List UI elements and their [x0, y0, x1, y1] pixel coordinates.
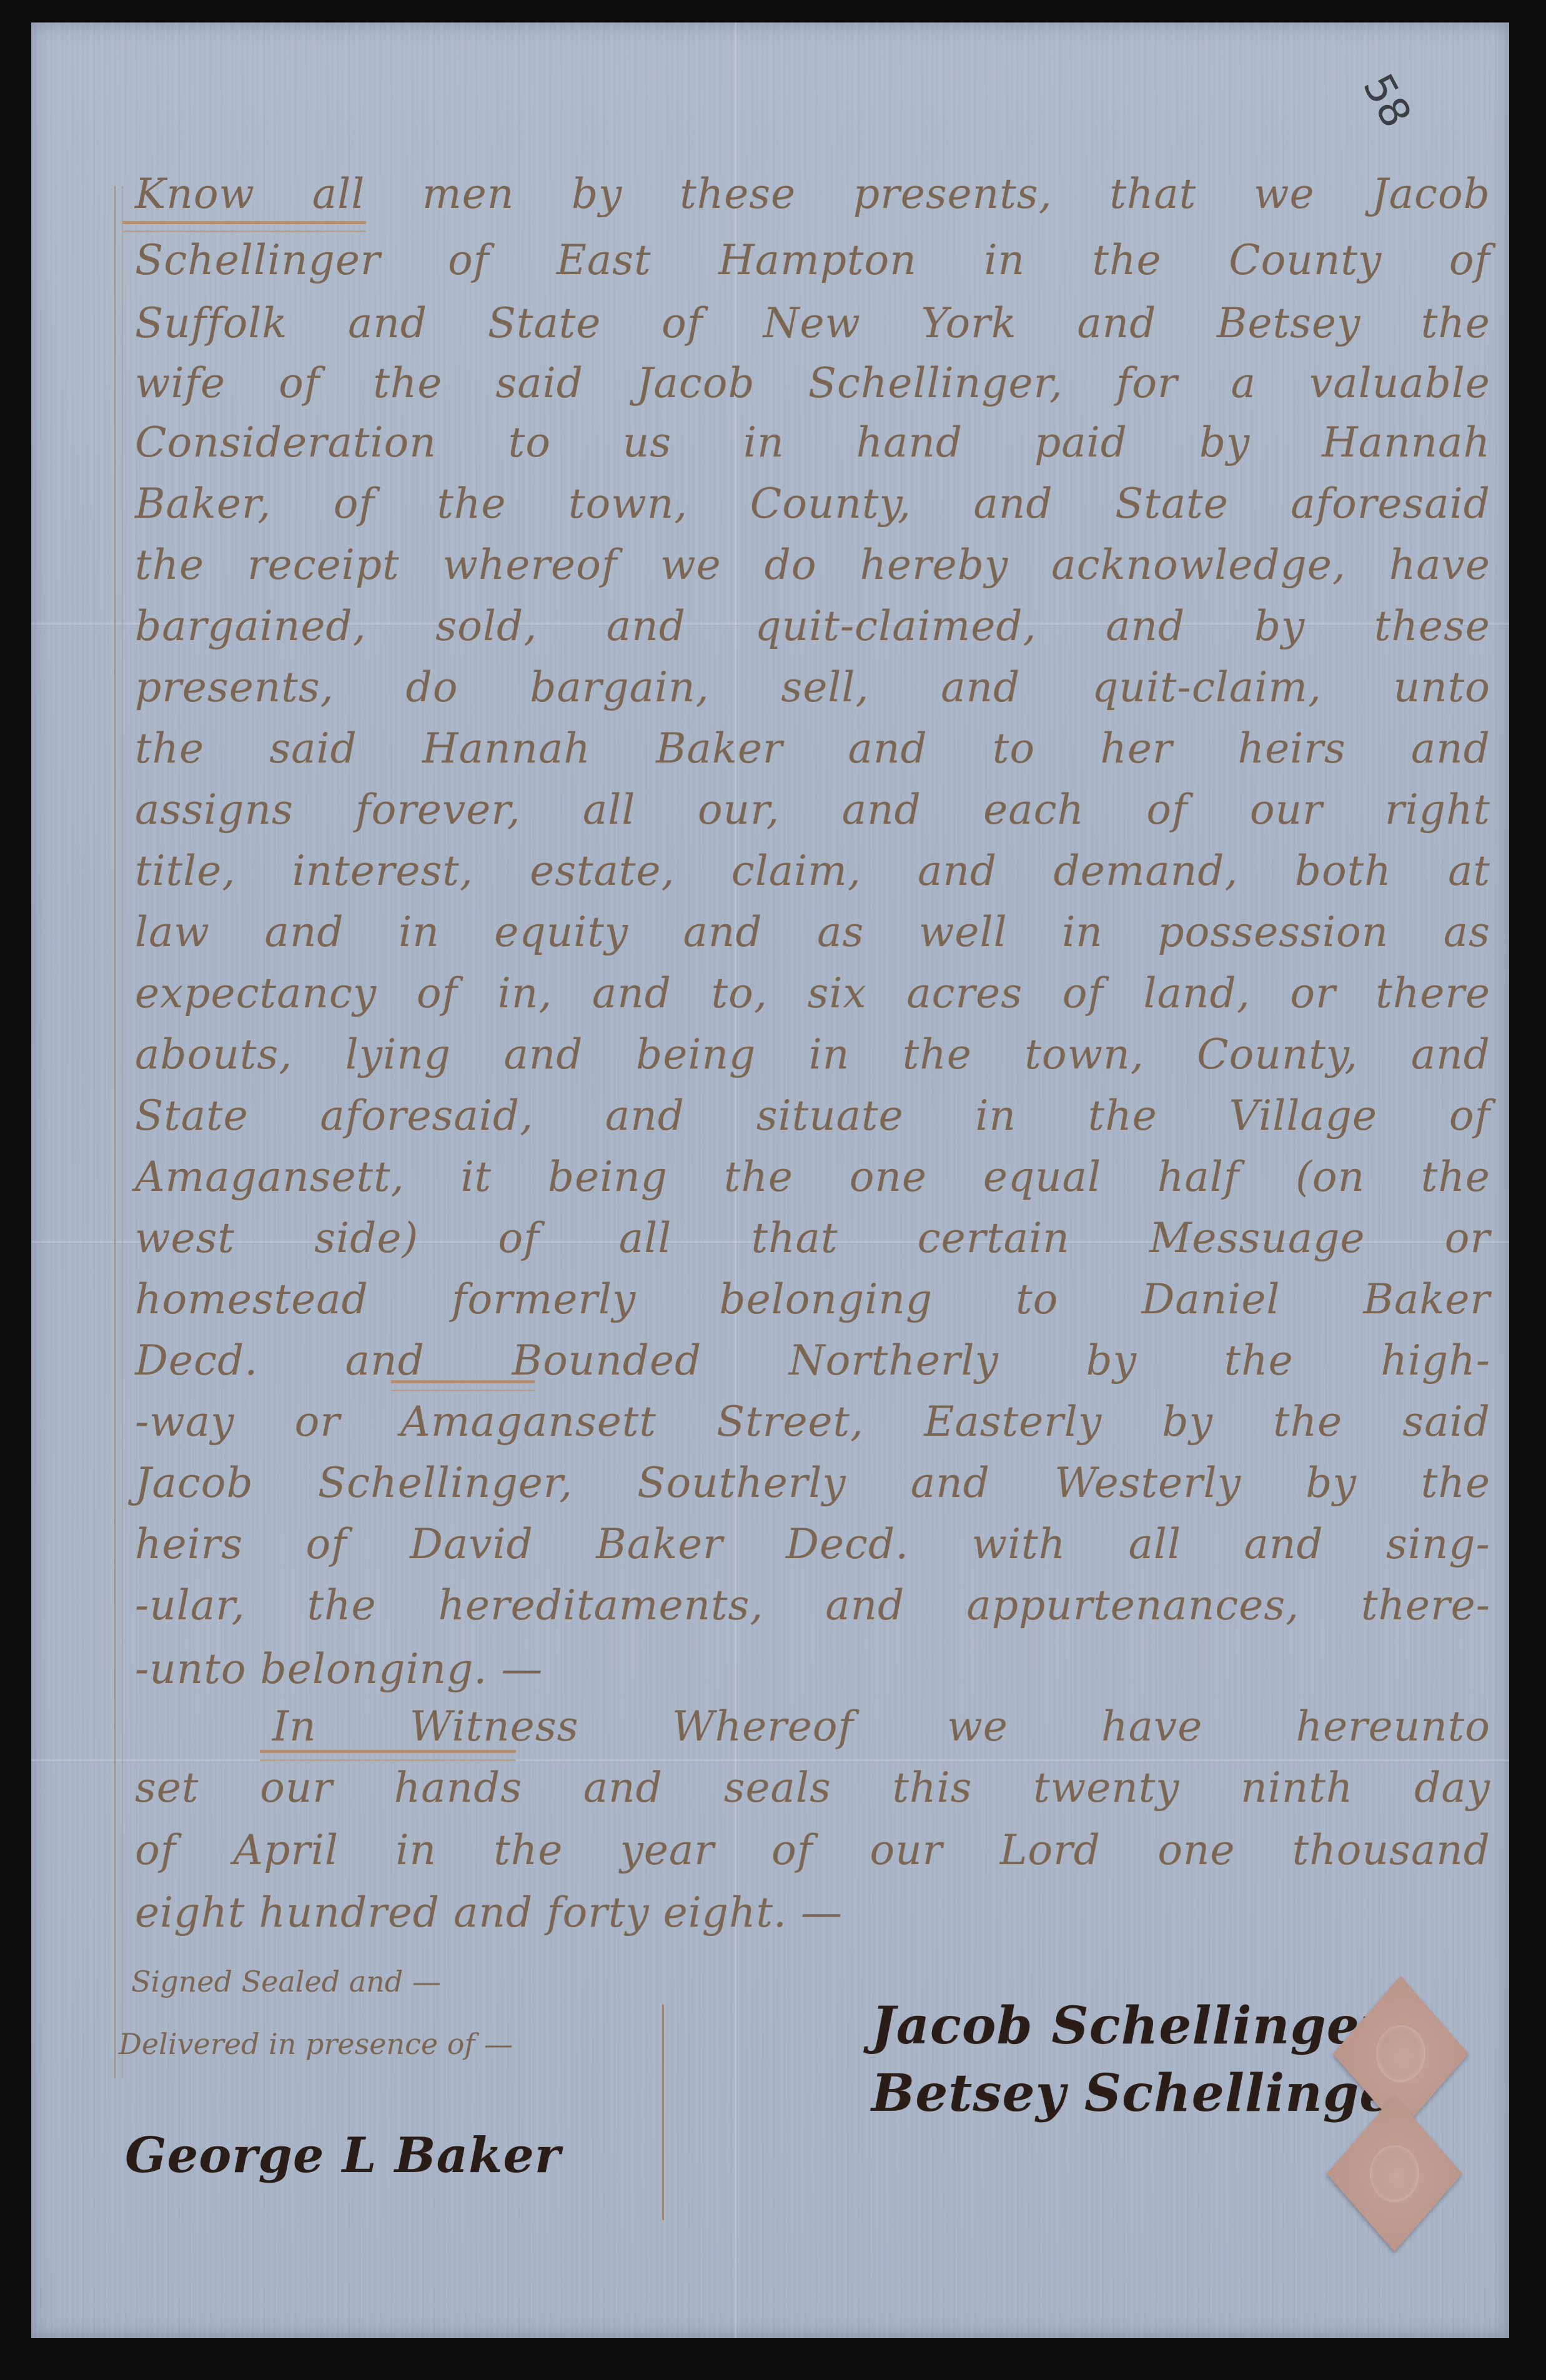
- deed-line: Consideration to us in hand paid by Hann…: [135, 422, 1490, 463]
- deed-line: expectancy of in, and to, six acres of l…: [135, 973, 1490, 1014]
- underline-bounded: [391, 1380, 535, 1391]
- deed-line: abouts, lying and being in the town, Cou…: [135, 1034, 1490, 1075]
- deed-line: Decd. and Bounded Northerly by the high-: [135, 1340, 1490, 1381]
- deed-line: presents, do bargain, sell, and quit-cla…: [135, 667, 1490, 708]
- deed-line: law and in equity and as well in possess…: [135, 912, 1490, 953]
- deed-line: Schellinger of East Hampton in the Count…: [135, 240, 1490, 281]
- attestation-signed-sealed: Signed Sealed and —: [131, 1965, 441, 1998]
- underline-in-witness: [260, 1750, 516, 1761]
- left-margin-rule: [122, 186, 123, 2078]
- deed-line-witness-clause: In Witness Whereof we have hereunto: [272, 1706, 1490, 1747]
- deed-line: the receipt whereof we do hereby acknowl…: [135, 545, 1490, 586]
- deed-line: set our hands and seals this twenty nint…: [135, 1767, 1490, 1809]
- deed-line: west side) of all that certain Messuage …: [135, 1218, 1490, 1259]
- deed-line: eight hundred and forty eight. —: [135, 1892, 1291, 1933]
- horizontal-fold-crease: [31, 1759, 1509, 1762]
- deed-line: heirs of David Baker Decd. with all and …: [135, 1524, 1490, 1565]
- deed-line: assigns forever, all our, and each of ou…: [135, 789, 1490, 831]
- underline-know: [122, 221, 366, 232]
- signature-jacob-schellinger: Jacob Schellinger: [871, 1996, 1387, 2056]
- deed-line: -ular, the hereditaments, and appurtenan…: [135, 1585, 1490, 1626]
- deed-line: wife of the said Jacob Schellinger, for …: [135, 363, 1490, 404]
- left-margin-rule: [114, 186, 116, 2078]
- deed-line: Jacob Schellinger, Southerly and Westerl…: [135, 1463, 1490, 1504]
- page-number: 58: [1354, 66, 1420, 135]
- deed-line: bargained, sold, and quit-claimed, and b…: [135, 606, 1490, 647]
- deed-line: the said Hannah Baker and to her heirs a…: [135, 728, 1490, 769]
- attestation-delivered: Delivered in presence of —: [119, 2027, 513, 2061]
- signature-witness-george-baker: George L Baker: [125, 2127, 561, 2184]
- deed-line: -way or Amagansett Street, Easterly by t…: [135, 1401, 1490, 1443]
- deed-paper: 58 Know all men by these presents, that …: [31, 22, 1509, 2338]
- attestation-brace: [662, 2005, 673, 2220]
- deed-line: homestead formerly belonging to Daniel B…: [135, 1279, 1490, 1320]
- deed-line: Amagansett, it being the one equal half …: [135, 1157, 1490, 1198]
- deed-line: of April in the year of our Lord one tho…: [135, 1830, 1490, 1871]
- deed-line: title, interest, estate, claim, and dema…: [135, 851, 1490, 892]
- deed-line: Suffolk and State of New York and Betsey…: [135, 303, 1490, 344]
- signature-betsey-schellinger: Betsey Schellinger: [871, 2063, 1420, 2123]
- deed-line: Know all men by these presents, that we …: [135, 174, 1490, 215]
- deed-line: State aforesaid, and situate in the Vill…: [135, 1095, 1490, 1137]
- deed-line: -unto belonging. —: [135, 1649, 1490, 1690]
- deed-line: Baker, of the town, County, and State af…: [135, 483, 1490, 525]
